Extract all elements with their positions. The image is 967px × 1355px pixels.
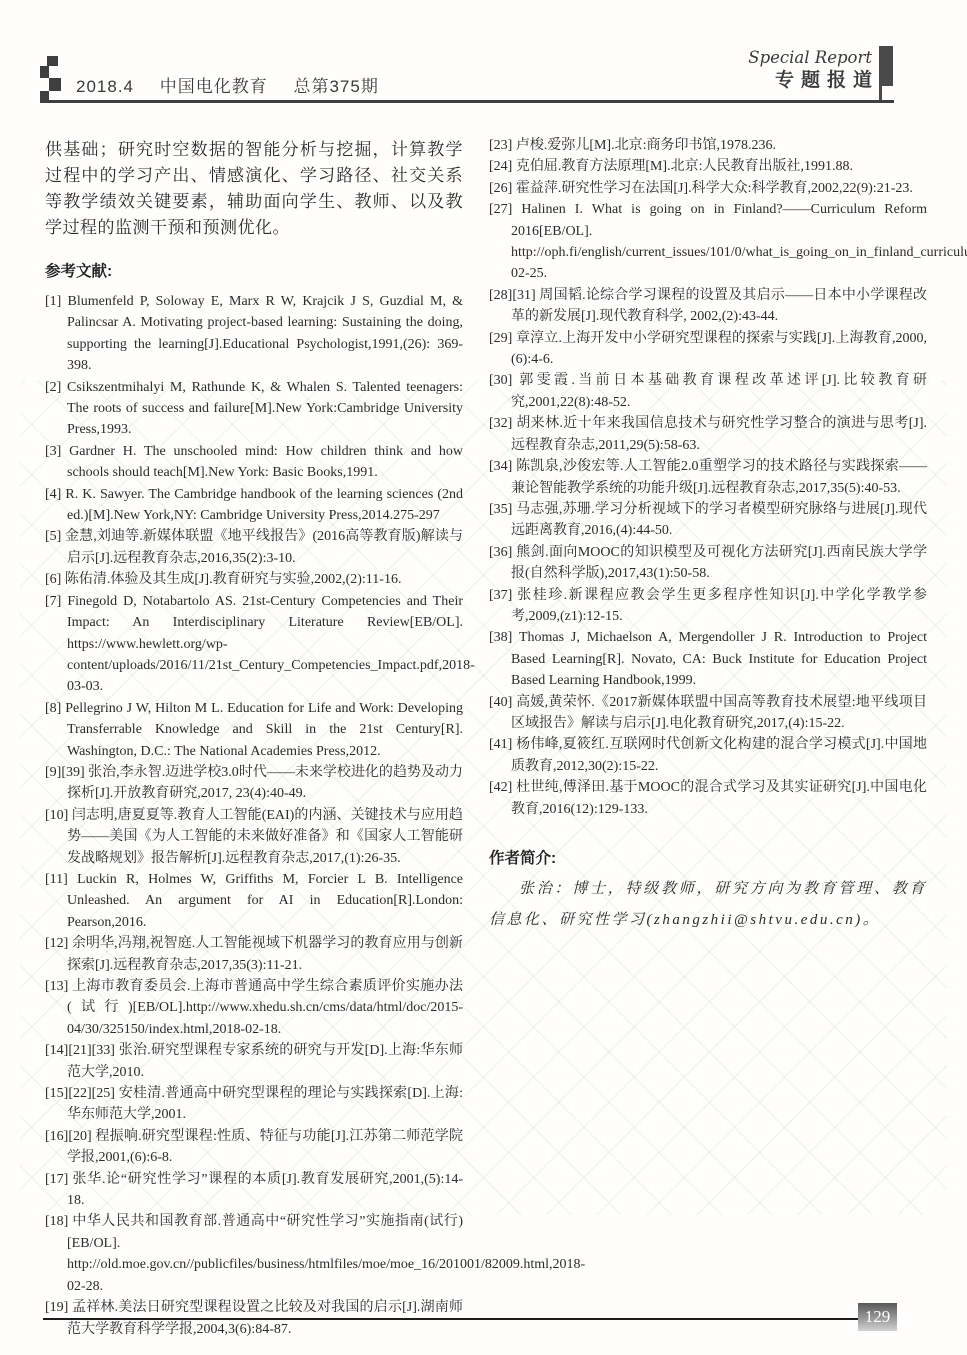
reference-item: [35] 马志强,苏珊.学习分析视域下的学习者模型研究脉络与进展[J].现代远距… [489,499,927,542]
reference-item: [2] Csikszentmihalyi M, Rathunde K, & Wh… [45,377,463,441]
reference-item: [16][20] 程振响.研究型课程:性质、特征与功能[J].江苏第二师范学院学… [45,1126,463,1169]
journal-page: 2018.4 中国电化教育 总第375期 Special Report 专题报道… [0,0,967,1355]
reference-item: [4] R. K. Sawyer. The Cambridge handbook… [45,484,463,527]
reference-item: [23] 卢梭.爱弥儿[M].北京:商务印书馆,1978.236. [489,135,927,156]
reference-item: [26] 霍益萍.研究性学习在法国[J].科学大众:科学教育,2002,22(9… [489,178,927,199]
reference-item: [12] 余明华,冯翔,祝智庭.人工智能视域下机器学习的教育应用与创新探索[J]… [45,933,463,976]
reference-item: [38] Thomas J, Michaelson A, Mergendolle… [489,627,927,691]
reference-list-left: [1] Blumenfeld P, Soloway E, Marx R W, K… [45,291,463,1340]
author-bio-text: 张治：博士，特级教师，研究方向为教育管理、教育信息化、研究性学习(zhangzh… [489,874,927,936]
reference-item: [13] 上海市教育委员会.上海市普通高中学生综合素质评价实施办法(试行)[EB… [45,976,463,1040]
checker-logo-icon [40,56,64,102]
reference-item: [42] 杜世纯,傅泽田.基于MOOC的混合式学习及其实证研究[J].中国电化教… [489,777,927,820]
section-title-en: Special Report [748,48,872,68]
reference-item: [6] 陈佑清.体验及其生成[J].教育研究与实验,2002,(2):11-16… [45,569,463,590]
logo-square [47,56,58,66]
intro-paragraph: 供基础；研究时空数据的智能分析与挖掘，计算教学过程中的学习产出、情感演化、学习路… [45,137,463,241]
journal-name: 中国电化教育 [160,77,268,96]
reference-item: [14][21][33] 张治.研究型课程专家系统的研究与开发[D].上海:华东… [45,1040,463,1083]
right-column: [23] 卢梭.爱弥儿[M].北京:商务印书馆,1978.236.[24] 克伯… [489,135,927,936]
reference-item: [3] Gardner H. The unschooled mind: How … [45,441,463,484]
reference-item: [8] Pellegrino J W, Hilton M L. Educatio… [45,698,463,762]
reference-item: [10] 闫志明,唐夏夏等.教育人工智能(EAI)的内涵、关键技术与应用趋势——… [45,805,463,869]
reference-item: [5] 金慧,刘迪等.新媒体联盟《地平线报告》(2016高等教育版)解读与启示[… [45,526,463,569]
section-marker-bar [879,46,893,86]
reference-item: [24] 克伯屈.教育方法原理[M].北京:人民教育出版社,1991.88. [489,156,927,177]
section-banner: Special Report 专题报道 [748,48,872,94]
reference-item: [34] 陈凯泉,沙俊宏等.人工智能2.0重塑学习的技术路径与实践探索——兼论智… [489,456,927,499]
page-number-badge: 129 [858,1303,897,1331]
author-bio-heading: 作者简介: [489,846,927,868]
reference-item: [36] 熊剑.面向MOOC的知识模型及可视化方法研究[J].西南民族大学学报(… [489,542,927,585]
header-rule [40,100,894,103]
reference-item: [37] 张桂珍.新课程应教会学生更多程序性知识[J].中学化学教学参考,200… [489,585,927,628]
reference-list-right: [23] 卢梭.爱弥儿[M].北京:商务印书馆,1978.236.[24] 克伯… [489,135,927,820]
reference-item: [32] 胡来林.近十年来我国信息技术与研究性学习整合的演进与思考[J].远程教… [489,413,927,456]
logo-square [40,66,49,78]
section-title-zh: 专题报道 [748,68,879,94]
reference-item: [41] 杨伟峰,夏筱红.互联网时代创新文化构建的混合学习模式[J].中国地质教… [489,734,927,777]
reference-item: [1] Blumenfeld P, Soloway E, Marx R W, K… [45,291,463,377]
issue-number: 总第375期 [293,77,378,96]
reference-item: [27] Halinen I. What is going on in Finl… [489,199,927,285]
references-heading: 参考文献: [45,259,463,281]
reference-item: [15][22][25] 安桂清.普通高中研究型课程的理论与实践探索[D].上海… [45,1083,463,1126]
reference-item: [28][31] 周国韬.论综合学习课程的设置及其启示——日本中小学课程改革的新… [489,285,927,328]
reference-item: [11] Luckin R, Holmes W, Griffiths M, Fo… [45,869,463,933]
logo-square [49,78,61,91]
reference-item: [9][39] 张治,李永智.迈进学校3.0时代——未来学校进化的趋势及动力探析… [45,762,463,805]
reference-item: [7] Finegold D, Notabartolo AS. 21st-Cen… [45,591,463,698]
reference-item: [40] 高媛,黄荣怀.《2017新媒体联盟中国高等教育技术展望:地平线项目区域… [489,692,927,735]
reference-item: [18] 中华人民共和国教育部.普通高中“研究性学习”实施指南(试行)[EB/O… [45,1211,463,1297]
reference-item: [29] 章淳立.上海开发中小学研究型课程的探索与实践[J].上海教育,2000… [489,328,927,371]
left-column: 供基础；研究时空数据的智能分析与挖掘，计算教学过程中的学习产出、情感演化、学习路… [45,137,463,1340]
footer-rule [43,1318,858,1320]
journal-masthead: 2018.4 中国电化教育 总第375期 [76,72,399,97]
issue-date: 2018.4 [76,77,134,96]
reference-item: [17] 张华.论“研究性学习”课程的本质[J].教育发展研究,2001,(5)… [45,1169,463,1212]
reference-item: [30] 郭雯霞.当前日本基础教育课程改革述评[J].比较教育研究,2001,2… [489,370,927,413]
